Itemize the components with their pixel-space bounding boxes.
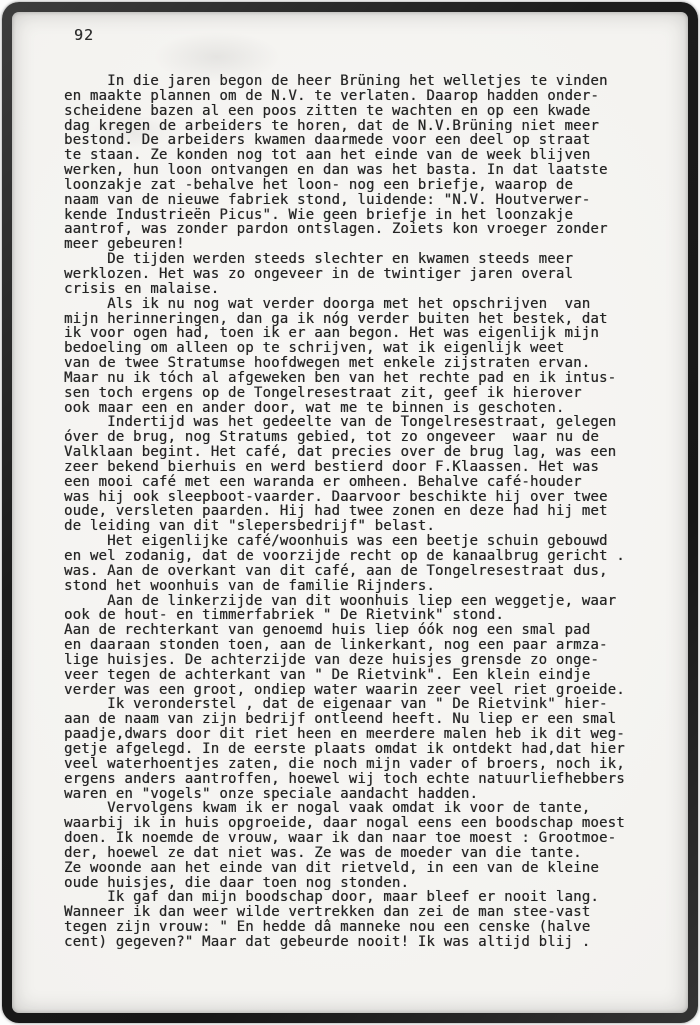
paragraph: Aan de linkerzijde van dit woonhuis liep… [64, 594, 676, 698]
typewritten-page: 92 In die jaren begon de heer Brüning he… [12, 12, 688, 1013]
page-number: 92 [74, 26, 94, 44]
paragraph: Als ik nu nog wat verder doorga met het … [64, 297, 676, 416]
page-text-block: In die jaren begon de heer Brüning het w… [64, 74, 676, 950]
scanned-page: 92 In die jaren begon de heer Brüning he… [0, 0, 700, 1025]
paragraph: Ik veronderstel , dat de eigenaar van " … [64, 697, 676, 801]
paragraph: Ik gaf dan mijn boodschap door, maar ble… [64, 890, 676, 949]
paragraph: Het eigenlijke café/woonhuis was een bee… [64, 534, 676, 593]
paragraph: Vervolgens kwam ik er nogal vaak omdat i… [64, 801, 676, 890]
paragraph: Indertijd was het gedeelte van de Tongel… [64, 415, 676, 534]
paragraph: De tijden werden steeds slechter en kwam… [64, 252, 676, 297]
paragraph: In die jaren begon de heer Brüning het w… [64, 74, 676, 252]
